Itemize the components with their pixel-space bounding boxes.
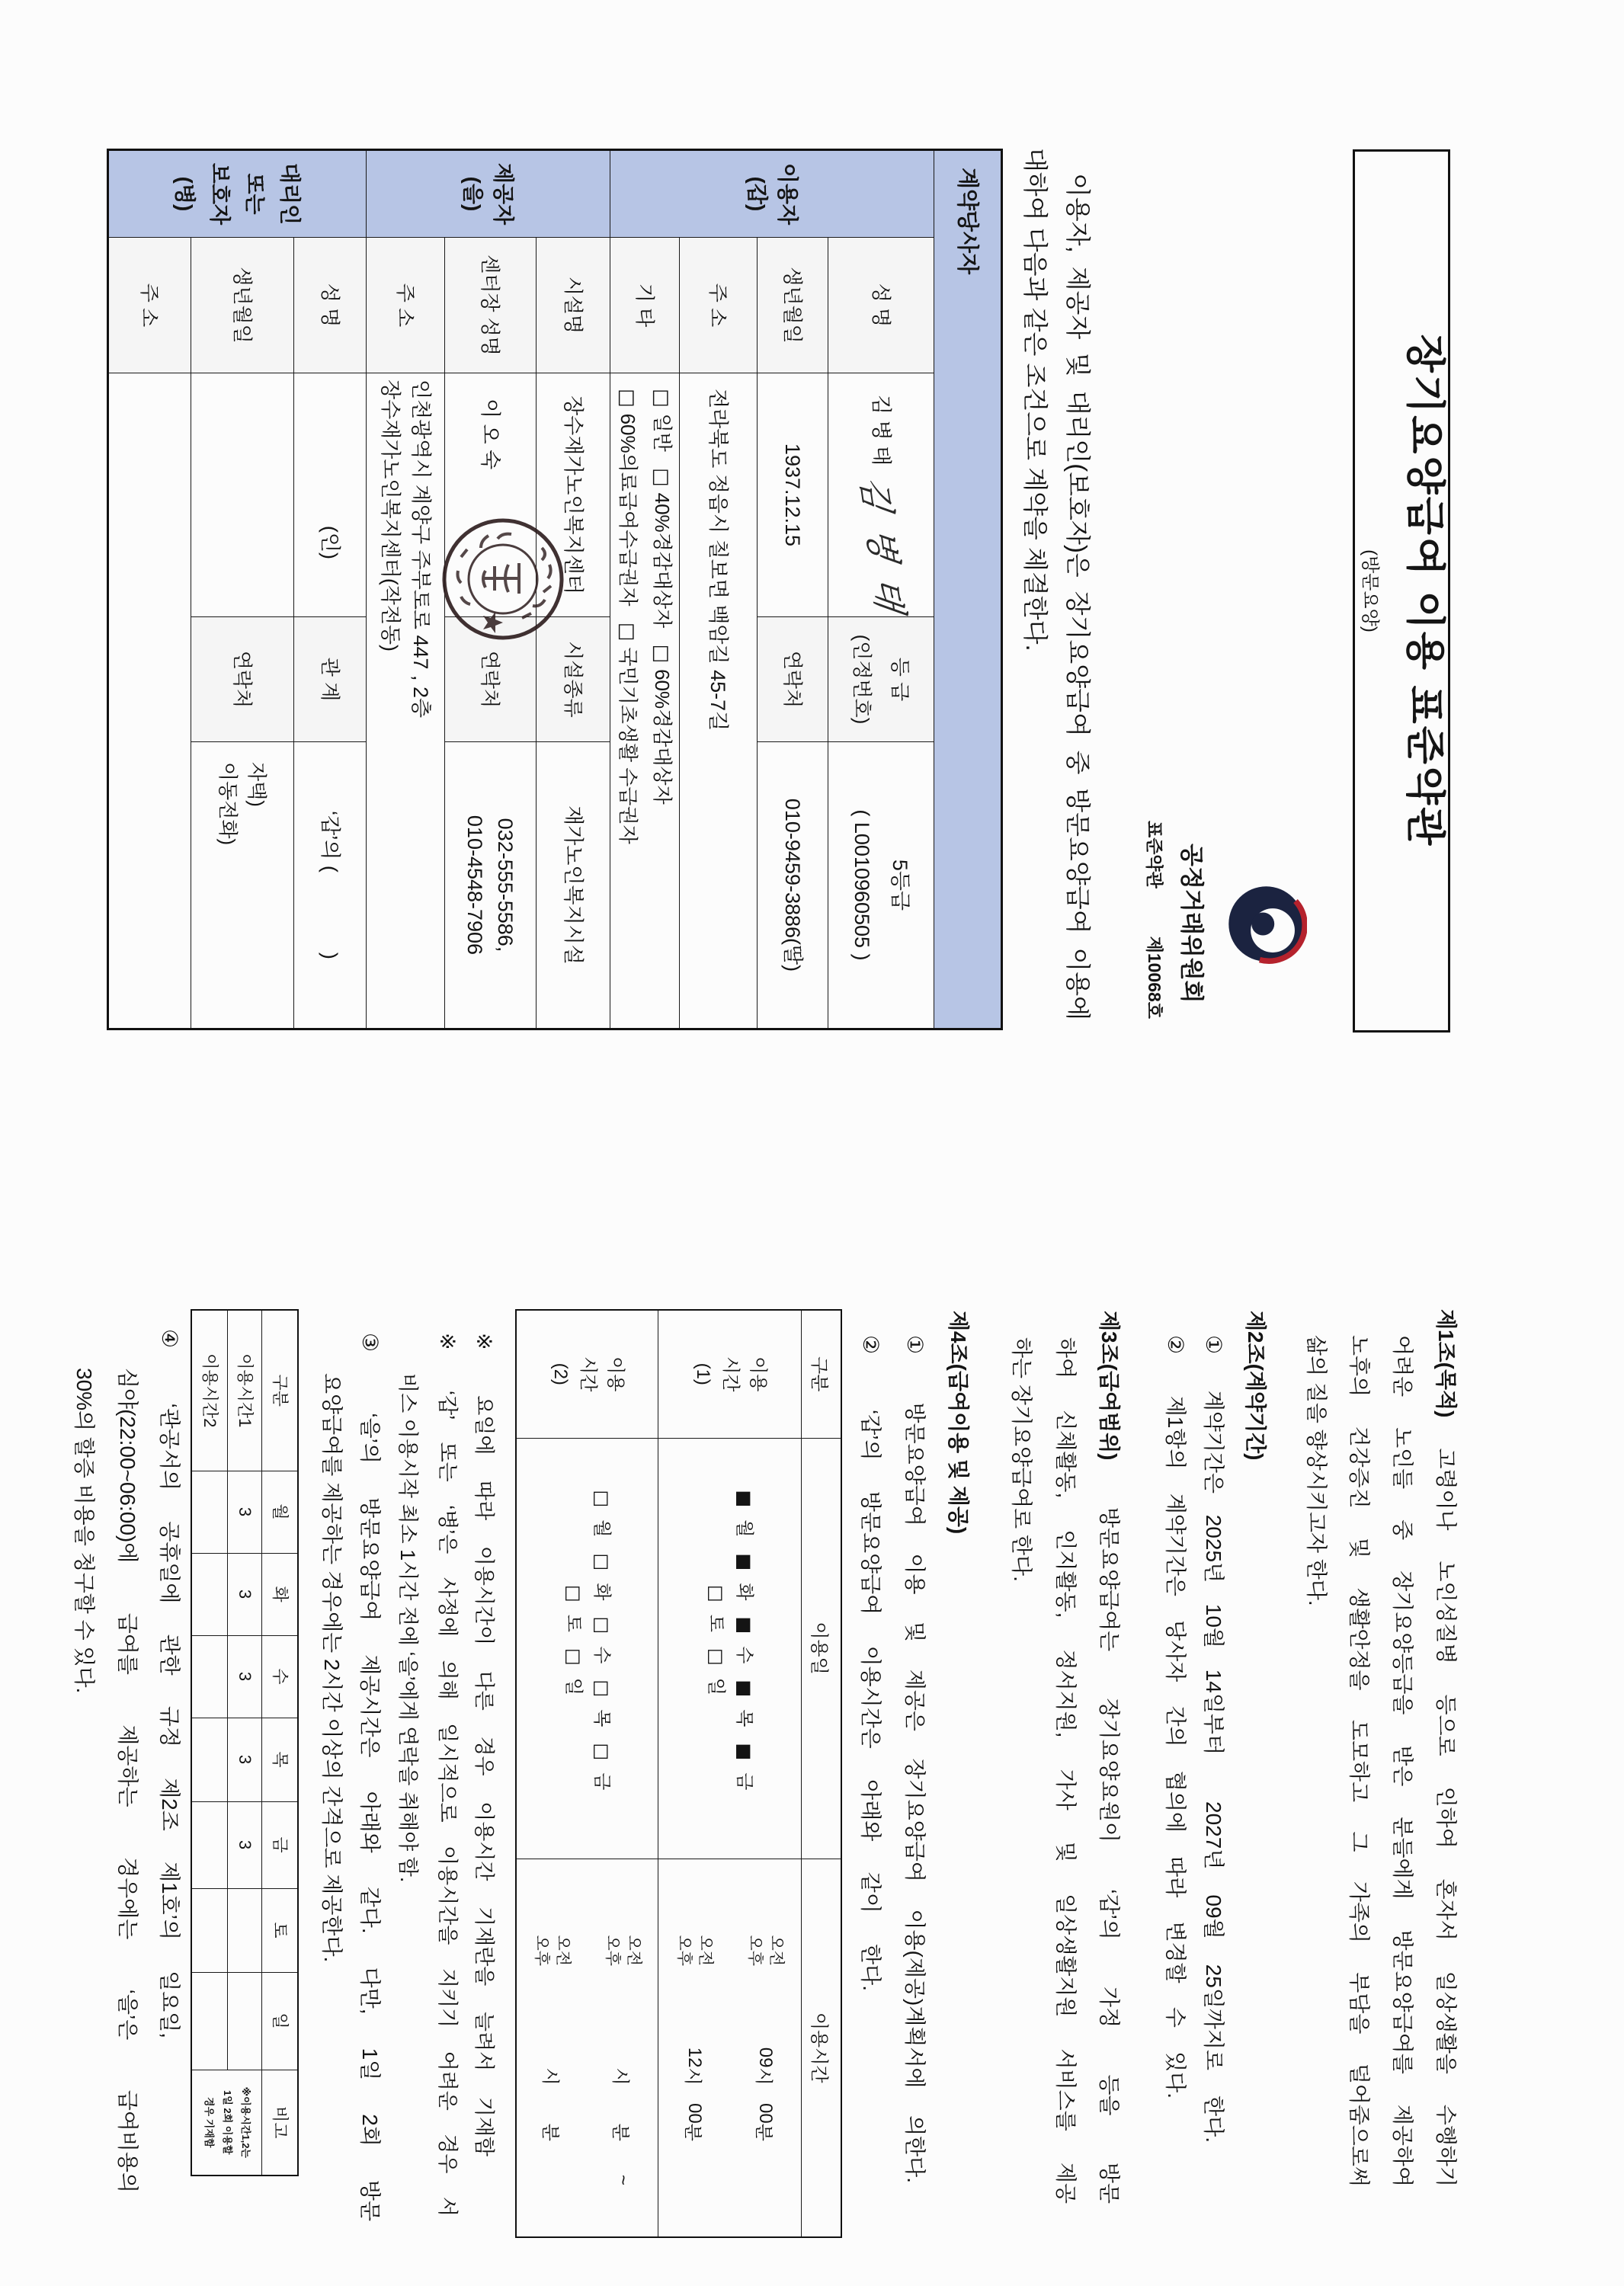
hours-cell: 3 xyxy=(228,1553,262,1635)
user-birth-value: 1937.12.15 xyxy=(758,373,828,617)
col-header: 비고 xyxy=(262,2070,298,2176)
col-header-time: 이용시간 xyxy=(802,1859,841,2237)
guardian-address-value xyxy=(108,373,191,1029)
group-label-line: 이용자 xyxy=(772,151,802,237)
user-other-options: □일반 □40%경감대상자 □60%경감대상자 □60%의료급여수급권자 □국민… xyxy=(610,373,680,1029)
grade-level: 5등급 xyxy=(881,742,919,1028)
guardian-group-label: 대리인 또는 보호자 (병) xyxy=(108,150,367,238)
contract-period-end: 2027년 09월 25일까지로 한다. xyxy=(1198,1801,1228,2143)
range-tilde: ~ xyxy=(612,2175,633,2185)
label-line: 이용 xyxy=(601,1311,629,1438)
guardian-contact-label: 연락처 xyxy=(191,617,294,742)
provider-contact-value: 032-555-5586, 010-4548-7906 xyxy=(445,742,537,1029)
guardian-relation-value: ‘갑’의 ( ) xyxy=(294,742,367,1029)
article-4-heading: 제4조(급여이용 및 제공) xyxy=(943,1311,973,1534)
remark-line: 1일 2회 이용할 xyxy=(218,2070,236,2176)
article-text: 방문요양급여는 장기요양요원이 ‘갑’의 가정 등을 방문 xyxy=(1097,1507,1121,2204)
day-item: □토 xyxy=(702,1585,730,1648)
col-header: 구분 xyxy=(262,1310,298,1471)
minute-value: 00 xyxy=(684,2090,706,2124)
hours-cell: 3 xyxy=(228,1635,262,1718)
label-line: 이용 xyxy=(744,1311,771,1438)
guardian-birth-value xyxy=(191,373,294,617)
hours-cell: 3 xyxy=(228,1801,262,1888)
hours-cell xyxy=(191,1635,228,1718)
col-header: 토 xyxy=(262,1888,298,1972)
article-3-line: 하여 신체활동, 인지활동, 정서지원, 가사 및 일상생활지원 서비스를 제공 xyxy=(1050,1337,1081,2204)
article-text: 고령이나 노인성질병 등으로 인하여 혼자서 일상생활을 수행하기 xyxy=(1434,1448,1458,2187)
user-grade-value: 5등급 ( L0010960505 ) xyxy=(828,742,934,1029)
user-address-label: 주 소 xyxy=(680,238,758,373)
grade-label-line: (인정번호) xyxy=(843,617,881,741)
parties-header: 계약당사자 xyxy=(934,150,1002,1029)
hours-cell: 3 xyxy=(228,1718,262,1801)
am-label: 오전 xyxy=(695,1935,716,1969)
day-item: ■화 xyxy=(730,1554,758,1617)
group-label-line: (갑) xyxy=(742,151,772,237)
col-header: 월 xyxy=(262,1471,298,1553)
day-label: 일 xyxy=(563,1678,584,1695)
option-label: 60%경감대상자 xyxy=(651,669,674,805)
article-1-line: 제1조(목적) 고령이나 노인성질병 등으로 인하여 혼자서 일상생활을 수행하… xyxy=(1430,1309,1461,2187)
hours-cell xyxy=(228,1888,262,1972)
facility-type-label: 시설종류 xyxy=(537,617,610,742)
minute-unit: 분 xyxy=(681,2124,708,2141)
minute-unit: 분 xyxy=(752,2124,779,2141)
day-item: □토 xyxy=(559,1585,588,1648)
day-label: 월 xyxy=(591,1519,612,1537)
day-item: □월 xyxy=(588,1490,616,1554)
pm-label: 오후 xyxy=(745,1935,766,1969)
user-name-label: 성 명 xyxy=(828,238,934,373)
article-4-item-4: ④ ‘관공서의 공휴일에 관한 규정 제2조 제1호’의 일요일, xyxy=(154,1329,184,2038)
guardian-contact-value: 자택) 이동전화) xyxy=(191,742,294,1029)
pm-label: 오후 xyxy=(674,1935,695,1969)
day-item: □금 xyxy=(588,1743,616,1807)
usage-schedule-table: 구분 이용일 이용시간 이용 시간 (1) ■월■화■수■목■금 □토□일 xyxy=(515,1309,842,2238)
schedule-times: 오전오후 09시00분 오전오후 12시00분 xyxy=(658,1859,802,2237)
phone-line: 010-4548-7906 xyxy=(460,742,491,1028)
hour-unit: 시 xyxy=(752,2068,779,2086)
day-item: ■목 xyxy=(730,1680,758,1743)
day-label: 수 xyxy=(734,1646,754,1663)
am-label: 오전 xyxy=(623,1935,644,1969)
option-label: 40%경감대상자 xyxy=(651,493,674,629)
row-label: 이용시간2 xyxy=(191,1310,228,1471)
hour-value: 12 xyxy=(684,2042,706,2068)
director-name-value: 이 오 숙 xyxy=(445,373,537,617)
hours-cell xyxy=(191,1471,228,1553)
day-label: 수 xyxy=(591,1646,612,1663)
contract-document-page: 장기요양급여 이용 표준약관 (방문요양) 공정거래위원회 표준약관 제1006… xyxy=(0,0,1624,2286)
article-1-line: 노후의 건강증진 및 생활안정을 도모하고 그 가족의 부담을 덜어줌으로써 xyxy=(1344,1335,1374,2187)
guardian-birth-label: 생년월일 xyxy=(191,238,294,373)
label-line: 시간 xyxy=(716,1311,744,1438)
minute-unit: 분 xyxy=(539,2124,565,2141)
minute-value: 00 xyxy=(755,2090,777,2124)
col-header: 목 xyxy=(262,1718,298,1801)
hour-unit: 시 xyxy=(610,2068,636,2086)
grade-certificate-number: ( L0010960505 ) xyxy=(843,742,881,1028)
day-item: □일 xyxy=(559,1648,588,1711)
guardian-name-label: 성 명 xyxy=(294,238,367,373)
am-label: 오전 xyxy=(766,1935,787,1969)
article-1-line: 삶의 질을 향상시키고자 한다. xyxy=(1301,1335,1331,1606)
checkbox-icon: □ xyxy=(702,1585,730,1602)
grade-label-line: 등 급 xyxy=(881,617,919,741)
day-item: ■수 xyxy=(730,1617,758,1680)
schedule-note: ※ ‘갑’ 또는 ‘병’은 사정에 의해 일시적으로 이용시간을 지키기 어려운… xyxy=(432,1333,463,2217)
day-label: 토 xyxy=(563,1615,584,1632)
label-line: (1) xyxy=(689,1311,716,1438)
am-label: 오전 xyxy=(553,1935,574,1969)
option-40-reduction: □40%경감대상자 xyxy=(651,468,674,628)
article-4-item-3: ③ ‘을’의 방문요양급여 제공시간은 아래와 같다. 다만, 1일 2회 방문 xyxy=(354,1333,385,2221)
hours-cell xyxy=(191,1972,228,2070)
ampm-choice: 오전오후 xyxy=(531,1935,574,1969)
director-name-label: 센터장 성명 xyxy=(445,238,537,373)
mobile-phone-line: 이동전화) xyxy=(213,762,242,1028)
checkbox-icon: □ xyxy=(650,389,673,408)
option-label: 일반 xyxy=(651,414,674,452)
time-end: 오전오후 12시00분 xyxy=(659,1859,730,2237)
intro-line: 대하여 다음과 같은 조건으로 계약을 체결한다. xyxy=(1018,148,1052,652)
day-item: ■금 xyxy=(730,1743,758,1807)
day-item: □화 xyxy=(588,1554,616,1617)
checkbox-icon: □ xyxy=(588,1490,616,1508)
home-phone-line: 자택) xyxy=(242,762,271,1028)
article-4-item-4: 30%의 할증 비용을 청구할 수 있다. xyxy=(69,1368,99,1693)
day-item: □목 xyxy=(588,1680,616,1743)
hours-cell xyxy=(191,1553,228,1635)
hour-unit: 시 xyxy=(539,2068,565,2086)
days-line: □월□화□수□목□금 xyxy=(588,1439,616,1859)
article-2-heading: 제2조(계약기간) xyxy=(1240,1311,1270,1461)
day-label: 토 xyxy=(706,1615,726,1632)
day-item: ■월 xyxy=(730,1490,758,1554)
option-general: □일반 xyxy=(651,389,674,452)
hours-cell xyxy=(228,1972,262,2070)
option-basic-livelihood: □국민기초생활 수급권자 xyxy=(617,623,639,844)
ampm-choice: 오전오후 xyxy=(745,1935,787,1969)
schedule-note: ※ 요일에 따라 이용시간이 다른 경우 이용시간 기재란을 늘려서 기재함 xyxy=(469,1333,499,2156)
hour-value: 09 xyxy=(755,2042,777,2068)
guardian-seal-mark: (인) xyxy=(294,373,367,617)
days-line: □토□일 xyxy=(559,1439,588,1859)
day-label: 목 xyxy=(734,1709,754,1727)
provider-address-label: 주 소 xyxy=(367,238,445,373)
checkbox-icon: ■ xyxy=(730,1617,758,1634)
checkbox-icon: □ xyxy=(616,623,639,642)
checkbox-icon: ■ xyxy=(730,1680,758,1698)
group-label-line: 보호자 xyxy=(203,151,238,237)
days-line: ■월■화■수■목■금 xyxy=(730,1439,758,1859)
schedule-row-label: 이용 시간 (1) xyxy=(658,1310,802,1438)
article-1-line: 어려운 노인들 중 장기요양등급을 받은 분들에게 방문요양급여를 제공하여 xyxy=(1387,1335,1417,2187)
time-start: 오전오후 09시00분 xyxy=(730,1859,801,2237)
day-label: 화 xyxy=(734,1583,754,1600)
checkbox-icon: ■ xyxy=(730,1554,758,1571)
ampm-choice: 오전오후 xyxy=(674,1935,716,1969)
option-medical-aid: □60%의료급여수급권자 xyxy=(617,389,639,607)
group-label-line: (병) xyxy=(168,151,203,237)
issuer-name: 공정거래위원회 xyxy=(1176,844,1206,1008)
guardian-address-label: 주 소 xyxy=(108,238,191,373)
ampm-choice: 오전오후 xyxy=(601,1935,644,1969)
address-line: 장수재가노인복지센터(작전동) xyxy=(375,379,405,1028)
user-group-label: 이용자 (갑) xyxy=(610,150,934,238)
group-label-line: 대리인 xyxy=(273,151,308,237)
guardian-relation-label: 관 계 xyxy=(294,617,367,742)
article-4-item-2: ② ‘갑’의 방문요양급여 이용시간은 아래와 같이 한다. xyxy=(855,1335,886,1991)
day-label: 화 xyxy=(591,1583,612,1600)
schedule-days: ■월■화■수■목■금 □토□일 xyxy=(658,1438,802,1859)
schedule-row-label: 이용 시간 (2) xyxy=(516,1310,658,1438)
checkbox-icon: □ xyxy=(650,644,673,663)
user-other-label: 기 타 xyxy=(610,238,680,373)
time-end: 오전오후 시분 xyxy=(517,1859,588,2237)
article-4-item-1: ① 방문요양급여 이용 및 제공은 장기요양급여 이용(제공)계획서에 의한다. xyxy=(899,1335,930,2183)
group-label-line: (을) xyxy=(458,151,488,237)
remark-line: ※이용시간1,2는 xyxy=(236,2070,255,2176)
time-value: 09시00분 xyxy=(752,2042,779,2175)
hour-unit: 시 xyxy=(681,2068,708,2086)
article-3-line: 제3조(급여범위) 방문요양급여는 장기요양요원이 ‘갑’의 가정 등을 방문 xyxy=(1094,1311,1124,2204)
schedule-times: 오전오후 시분~ 오전오후 시분 xyxy=(516,1859,658,2237)
schedule-days: □월□화□수□목□금 □토□일 xyxy=(516,1438,658,1859)
time-value: 시분~ xyxy=(610,2042,636,2185)
checkbox-icon: □ xyxy=(702,1648,730,1666)
option-label: 국민기초생활 수급권자 xyxy=(617,647,639,844)
day-label: 금 xyxy=(591,1772,612,1790)
provider-contact-label: 연락처 xyxy=(445,617,537,742)
standard-terms-number: 표준약관 제10068호 xyxy=(1143,821,1166,1019)
document-subtitle: (방문요양) xyxy=(1358,152,1381,1030)
user-contact-value: 010-9459-3886(딸) xyxy=(758,742,828,1029)
intro-line: 이용자, 제공자 및 대리인(보호자)은 장기요양급여 중 방문요양급여 이용에 xyxy=(1061,173,1094,1020)
row-label: 이용시간1 xyxy=(228,1310,262,1471)
facility-name-value: 장수재가노인복지센터 xyxy=(537,373,610,617)
checkbox-icon: □ xyxy=(559,1648,588,1666)
time-value: 12시00분 xyxy=(681,2042,708,2175)
col-header: 일 xyxy=(262,1972,298,2070)
facility-type-value: 재가노인복지시설 xyxy=(537,742,610,1029)
col-header: 금 xyxy=(262,1801,298,1888)
day-item: □수 xyxy=(588,1617,616,1680)
provision-hours-table: 구분 월 화 수 목 금 토 일 비고 이용시간1 3 3 3 3 3 ※이용시… xyxy=(191,1309,299,2176)
group-label-line: 제공자 xyxy=(488,151,519,237)
checkbox-icon: □ xyxy=(588,1617,616,1634)
time-start: 오전오후 시분~ xyxy=(588,1859,658,2237)
remark-line: 경우 기재함 xyxy=(200,2070,218,2176)
document-title: 장기요양급여 이용 표준약관 xyxy=(1401,152,1448,1030)
col-header-days: 이용일 xyxy=(802,1438,841,1859)
label-line: 시간 xyxy=(574,1311,601,1438)
col-header: 화 xyxy=(262,1553,298,1635)
checkbox-icon: □ xyxy=(588,1554,616,1571)
day-label: 금 xyxy=(734,1772,754,1790)
phone-line: 032-555-5586, xyxy=(491,742,521,1028)
article-1-heading: 제1조(목적) xyxy=(1434,1309,1458,1417)
day-item: □일 xyxy=(702,1648,730,1711)
col-header-category: 구분 xyxy=(802,1310,841,1438)
options-line: □일반 □40%경감대상자 □60%경감대상자 xyxy=(645,389,679,1028)
day-label: 목 xyxy=(591,1709,612,1727)
options-line: □60%의료급여수급권자 □국민기초생활 수급권자 xyxy=(610,389,645,1028)
article-2-item-2: ② 제1항의 계약기간은 당사자 간의 협의에 따라 변경할 수 있다. xyxy=(1160,1335,1190,2099)
minute-unit: 분 xyxy=(610,2124,636,2141)
article-3-line: 하는 장기요양급여로 한다. xyxy=(1006,1337,1036,1582)
user-contact-label: 연락처 xyxy=(758,617,828,742)
checkbox-icon: □ xyxy=(616,389,639,408)
facility-name-label: 시설명 xyxy=(537,238,610,373)
checkbox-icon: ■ xyxy=(730,1743,758,1761)
day-label: 일 xyxy=(706,1678,726,1695)
col-header: 수 xyxy=(262,1635,298,1718)
article-4-item-3: 요양급여를 제공하는 경우에는 2시간 이상의 간격으로 제공한다. xyxy=(316,1373,347,1962)
days-line: □토□일 xyxy=(702,1439,730,1859)
hours-cell xyxy=(191,1888,228,1972)
checkbox-icon: □ xyxy=(559,1585,588,1602)
group-label-line: 또는 xyxy=(238,151,273,237)
time-value: 시분 xyxy=(539,2042,565,2175)
article-3-heading: 제3조(급여범위) xyxy=(1097,1311,1121,1461)
label-line: (2) xyxy=(546,1311,574,1438)
contract-period-start: ① 계약기간은 2025년 10월 14일부터 xyxy=(1198,1335,1228,1755)
option-60-reduction: □60%경감대상자 xyxy=(651,644,674,804)
address-line: 인천광역시 계양구 주부토로 447 , 2층 xyxy=(405,379,436,1028)
pm-label: 오후 xyxy=(601,1935,623,1969)
title-box: 장기요양급여 이용 표준약관 (방문요양) xyxy=(1353,149,1450,1033)
provider-group-label: 제공자 (을) xyxy=(367,150,610,238)
user-address-value: 전라북도 정읍시 칠보면 백암길 45-7길 xyxy=(680,373,758,1029)
schedule-note: 비스 이용시작 최소 1시간 전에 ‘을’에게 연락을 취해야 함. xyxy=(392,1373,423,1882)
checkbox-icon: ■ xyxy=(730,1490,758,1508)
checkbox-icon: □ xyxy=(588,1680,616,1698)
ftc-emblem-icon xyxy=(1225,883,1307,965)
checkbox-icon: □ xyxy=(588,1743,616,1761)
hours-cell xyxy=(191,1718,228,1801)
remark-cell: ※이용시간1,2는 1일 2회 이용할 경우 기재함 xyxy=(191,2070,262,2176)
user-grade-label: 등 급 (인정번호) xyxy=(828,617,934,742)
checkbox-icon: □ xyxy=(650,468,673,487)
day-label: 월 xyxy=(734,1519,754,1537)
hours-cell xyxy=(191,1801,228,1888)
article-4-item-4: 심야(22:00~06:00)에 급여를 제공하는 경우에는 ‘을’은 급여비용… xyxy=(112,1368,143,2193)
provider-address-value: 인천광역시 계양구 주부토로 447 , 2층 장수재가노인복지센터(작전동) xyxy=(367,373,445,1029)
pm-label: 오후 xyxy=(531,1935,553,1969)
hours-cell: 3 xyxy=(228,1471,262,1553)
user-birth-label: 생년월일 xyxy=(758,238,828,373)
option-label: 60%의료급여수급권자 xyxy=(617,414,639,607)
